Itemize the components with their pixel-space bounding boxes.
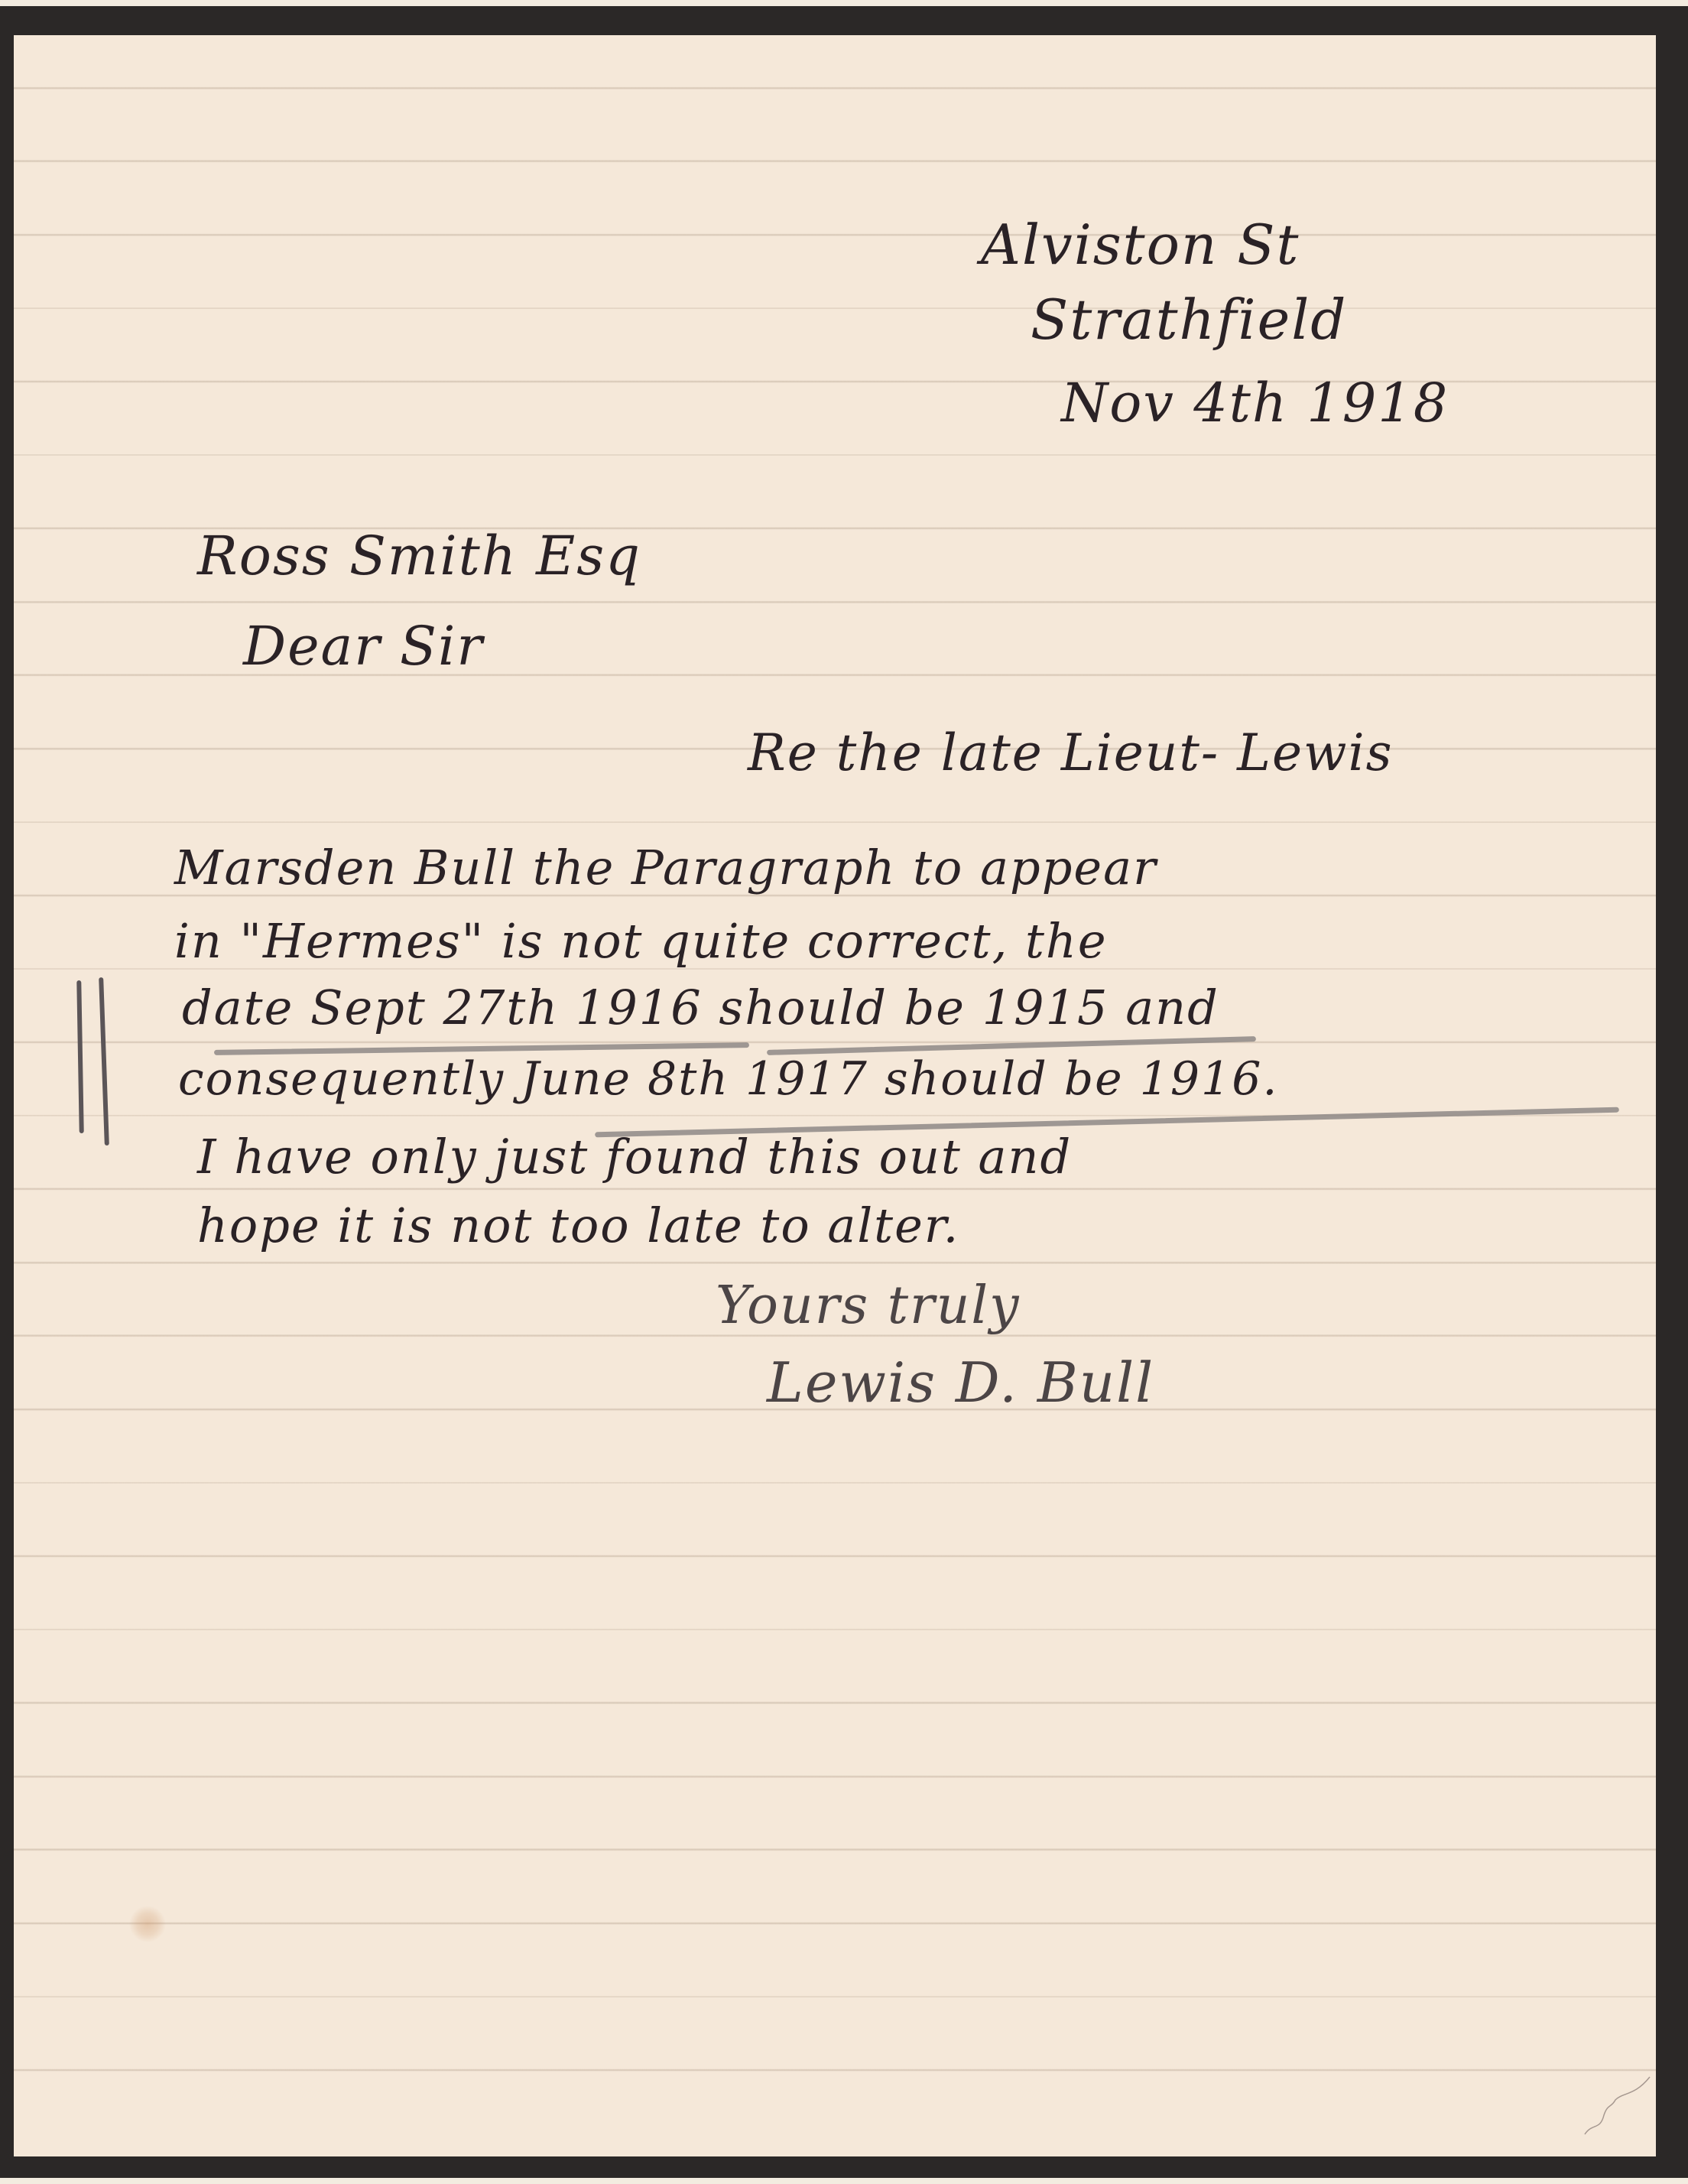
valediction: Yours truly (716, 1276, 1021, 1336)
body-line-6: I have only just found this out and (197, 1129, 1072, 1185)
body-line-7: hope it is not too late to alter. (197, 1198, 959, 1253)
body-line-4: date Sept 27th 1916 should be 1915 and (182, 980, 1219, 1035)
address-line-1: Alviston St (981, 213, 1300, 277)
body-line-2: Marsden Bull the Paragraph to appear (174, 840, 1157, 895)
body-line-3: in "Hermes" is not quite correct, the (174, 913, 1108, 969)
margin-mark-right-stroke (99, 977, 109, 1146)
body-line-5: consequently June 8th 1917 should be 191… (178, 1052, 1278, 1106)
pencil-scribble-mark (1581, 2069, 1657, 2146)
body-line-1: Re the late Lieut- Lewis (748, 723, 1393, 782)
letter-date: Nov 4th 1918 (1061, 372, 1449, 434)
address-line-2: Strathfield (1031, 288, 1347, 352)
greeting-line: Dear Sir (243, 615, 484, 678)
margin-mark-left-stroke (76, 980, 83, 1133)
signature: Lewis D. Bull (767, 1350, 1154, 1415)
underline-june-1917-1916 (595, 1107, 1619, 1138)
letter-page: Alviston St Strathfield Nov 4th 1918 Ros… (14, 35, 1656, 2156)
recipient-line: Ross Smith Esq (197, 525, 641, 587)
